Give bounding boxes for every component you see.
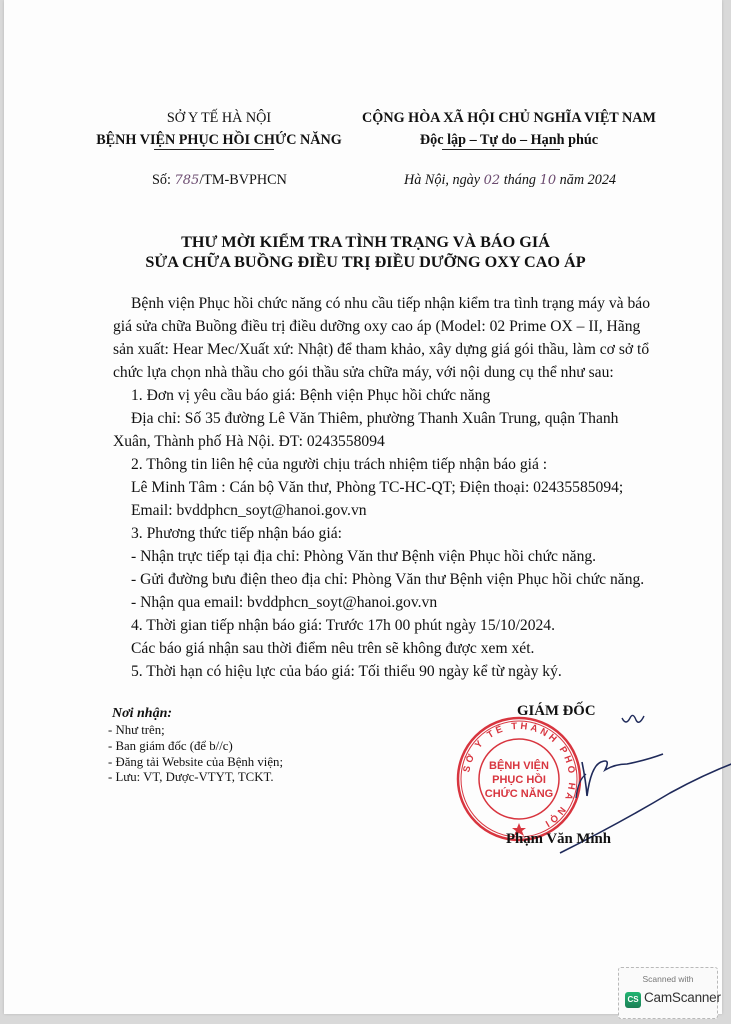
- recipients-heading: Nơi nhận:: [108, 704, 283, 723]
- recipient-item: - Ban giám đốc (để b//c): [108, 739, 283, 755]
- item2-title: 2. Thông tin liên hệ của người chịu trác…: [131, 453, 547, 476]
- intro-line: chức lựa chọn nhà thầu cho gói thầu sửa …: [113, 361, 614, 384]
- document-title-line1: THƯ MỜI KIỂM TRA TÌNH TRẠNG VÀ BÁO GIÁ: [0, 232, 731, 252]
- recipient-item: - Đăng tải Website của Bệnh viện;: [108, 755, 283, 771]
- item2-contact: Lê Minh Tâm : Cán bộ Văn thư, Phòng TC-H…: [131, 476, 623, 499]
- handwritten-month: 10: [540, 173, 557, 188]
- intro-line: Bệnh viện Phục hồi chức năng có nhu cầu …: [131, 292, 650, 315]
- signer-name: Phạm Văn Minh: [506, 831, 611, 848]
- item3-title: 3. Phương thức tiếp nhận báo giá:: [131, 522, 342, 545]
- issuer-block: SỞ Y TẾ HÀ NỘI BỆNH VIỆN PHỤC HỒI CHỨC N…: [94, 107, 344, 151]
- item1-title: 1. Đơn vị yêu cầu báo giá: Bệnh viện Phụ…: [131, 384, 490, 407]
- item2-email: Email: bvddphcn_soyt@hanoi.gov.vn: [131, 499, 367, 522]
- document-title-line2: SỬA CHỮA BUỒNG ĐIỀU TRỊ ĐIỀU DƯỠNG OXY C…: [0, 252, 731, 272]
- intro-line: giá sửa chữa Buồng điều trị điều dưỡng o…: [113, 315, 640, 338]
- camscanner-watermark: Scanned with CS CamScanner: [618, 967, 718, 1019]
- country-name: CỘNG HÒA XÃ HỘI CHỦ NGHĨA VIỆT NAM: [344, 107, 674, 129]
- header-underline: [154, 149, 274, 150]
- svg-text:BỆNH VIỆN: BỆNH VIỆN: [489, 759, 549, 772]
- hospital-name: BỆNH VIỆN PHỤC HỒI CHỨC NĂNG: [96, 129, 342, 151]
- item1-address: Địa chỉ: Số 35 đường Lê Văn Thiêm, phườn…: [131, 407, 618, 430]
- item3-option: - Nhận trực tiếp tại địa chỉ: Phòng Văn …: [131, 545, 596, 568]
- national-motto-block: CỘNG HÒA XÃ HỘI CHỦ NGHĨA VIỆT NAM Độc l…: [344, 107, 674, 151]
- recipients-block: Nơi nhận: - Như trên; - Ban giám đốc (để…: [108, 704, 283, 786]
- department-name: SỞ Y TẾ HÀ NỘI: [94, 107, 344, 129]
- recipient-item: - Như trên;: [108, 723, 283, 739]
- document-number: Số: 785/TM-BVPHCN: [152, 172, 287, 189]
- handwritten-day: 02: [484, 173, 501, 188]
- motto-underline: [442, 149, 560, 150]
- document-date: Hà Nội, ngày 02 tháng 10 năm 2024: [404, 172, 616, 189]
- national-motto: Độc lập – Tự do – Hạnh phúc: [420, 129, 598, 151]
- item3-option: - Nhận qua email: bvddphcn_soyt@hanoi.go…: [131, 591, 437, 614]
- item3-option: - Gửi đường bưu điện theo địa chỉ: Phòng…: [131, 568, 644, 591]
- recipient-item: - Lưu: VT, Dược-VTYT, TCKT.: [108, 770, 283, 786]
- handwritten-number: 785: [174, 173, 199, 188]
- svg-text:PHỤC HỒI: PHỤC HỒI: [492, 773, 546, 786]
- intro-line: sản xuất: Hear Mec/Xuất xứ: Nhật) để tha…: [113, 338, 649, 361]
- official-stamp-icon: SỞ Y TẾ THÀNH PHỐ HÀ NỘI BỆNH VIỆN PHỤC …: [455, 715, 583, 843]
- item1-address-cont: Xuân, Thành phố Hà Nội. ĐT: 0243558094: [113, 430, 385, 453]
- item5-title: 5. Thời hạn có hiệu lực của báo giá: Tối…: [131, 660, 562, 683]
- item4-note: Các báo giá nhận sau thời điểm nêu trên …: [131, 637, 534, 660]
- document-page: SỞ Y TẾ HÀ NỘI BỆNH VIỆN PHỤC HỒI CHỨC N…: [4, 0, 722, 1014]
- item4-title: 4. Thời gian tiếp nhận báo giá: Trước 17…: [131, 614, 555, 637]
- svg-text:CHỨC NĂNG: CHỨC NĂNG: [485, 787, 553, 800]
- camscanner-logo-icon: CS: [625, 992, 641, 1008]
